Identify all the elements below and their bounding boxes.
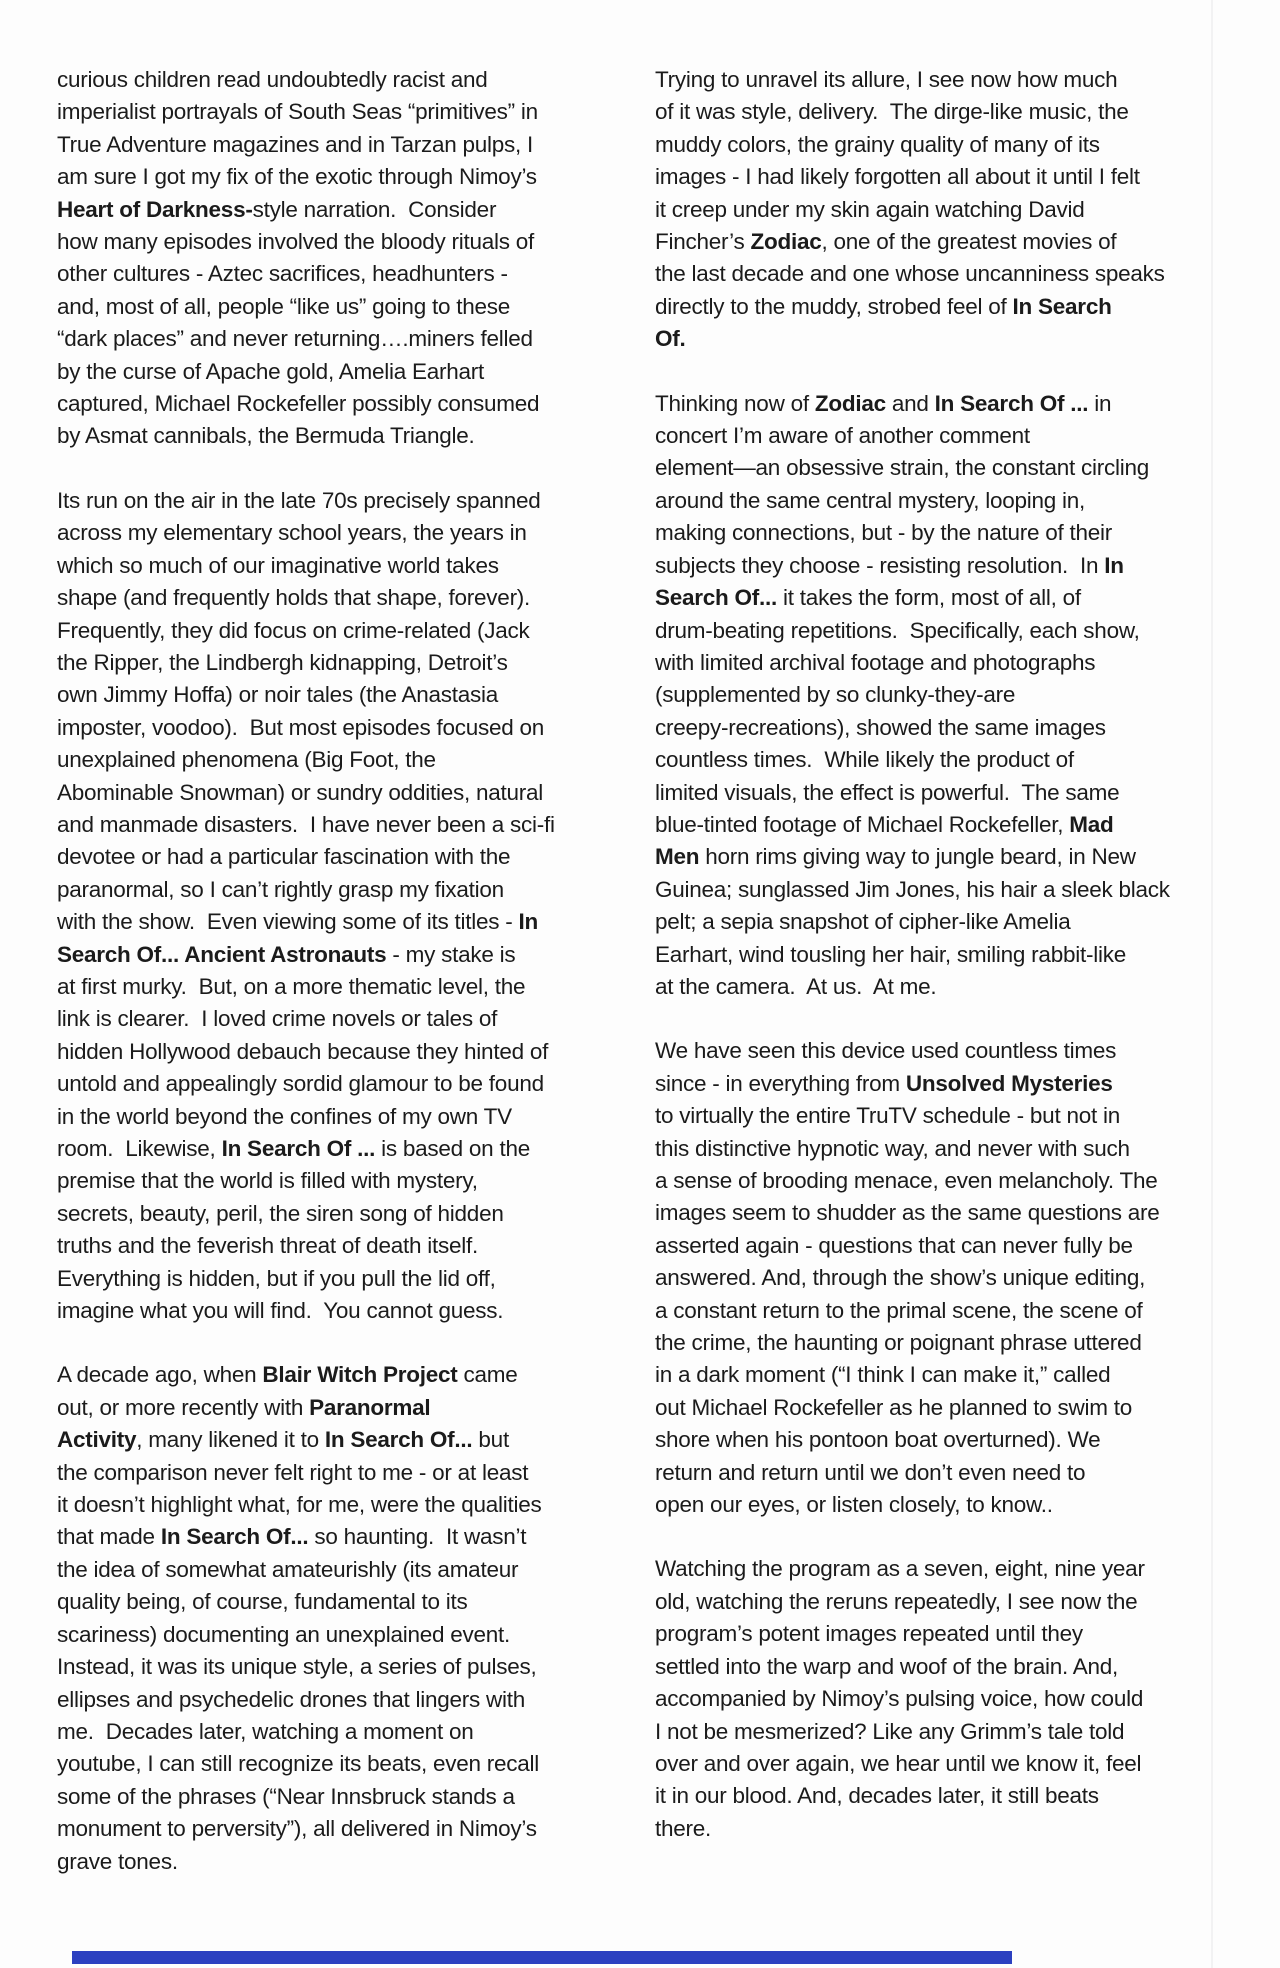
page-edge-line xyxy=(1211,0,1213,1968)
paragraph: Watching the program as a seven, eight, … xyxy=(655,1553,1273,1845)
paragraph: We have seen this device used countless … xyxy=(655,1035,1273,1521)
paragraph: Trying to unravel its allure, I see now … xyxy=(655,64,1273,356)
paragraph: Its run on the air in the late 70s preci… xyxy=(57,485,657,1328)
paragraph: curious children read undoubtedly racist… xyxy=(57,64,657,453)
left-column: curious children read undoubtedly racist… xyxy=(57,64,657,1910)
bottom-blue-bar xyxy=(72,1951,1012,1964)
page: curious children read undoubtedly racist… xyxy=(0,0,1280,1968)
paragraph: Thinking now of Zodiac and In Search Of … xyxy=(655,388,1273,1004)
right-column: Trying to unravel its allure, I see now … xyxy=(655,64,1273,1877)
paragraph: A decade ago, when Blair Witch Project c… xyxy=(57,1359,657,1878)
